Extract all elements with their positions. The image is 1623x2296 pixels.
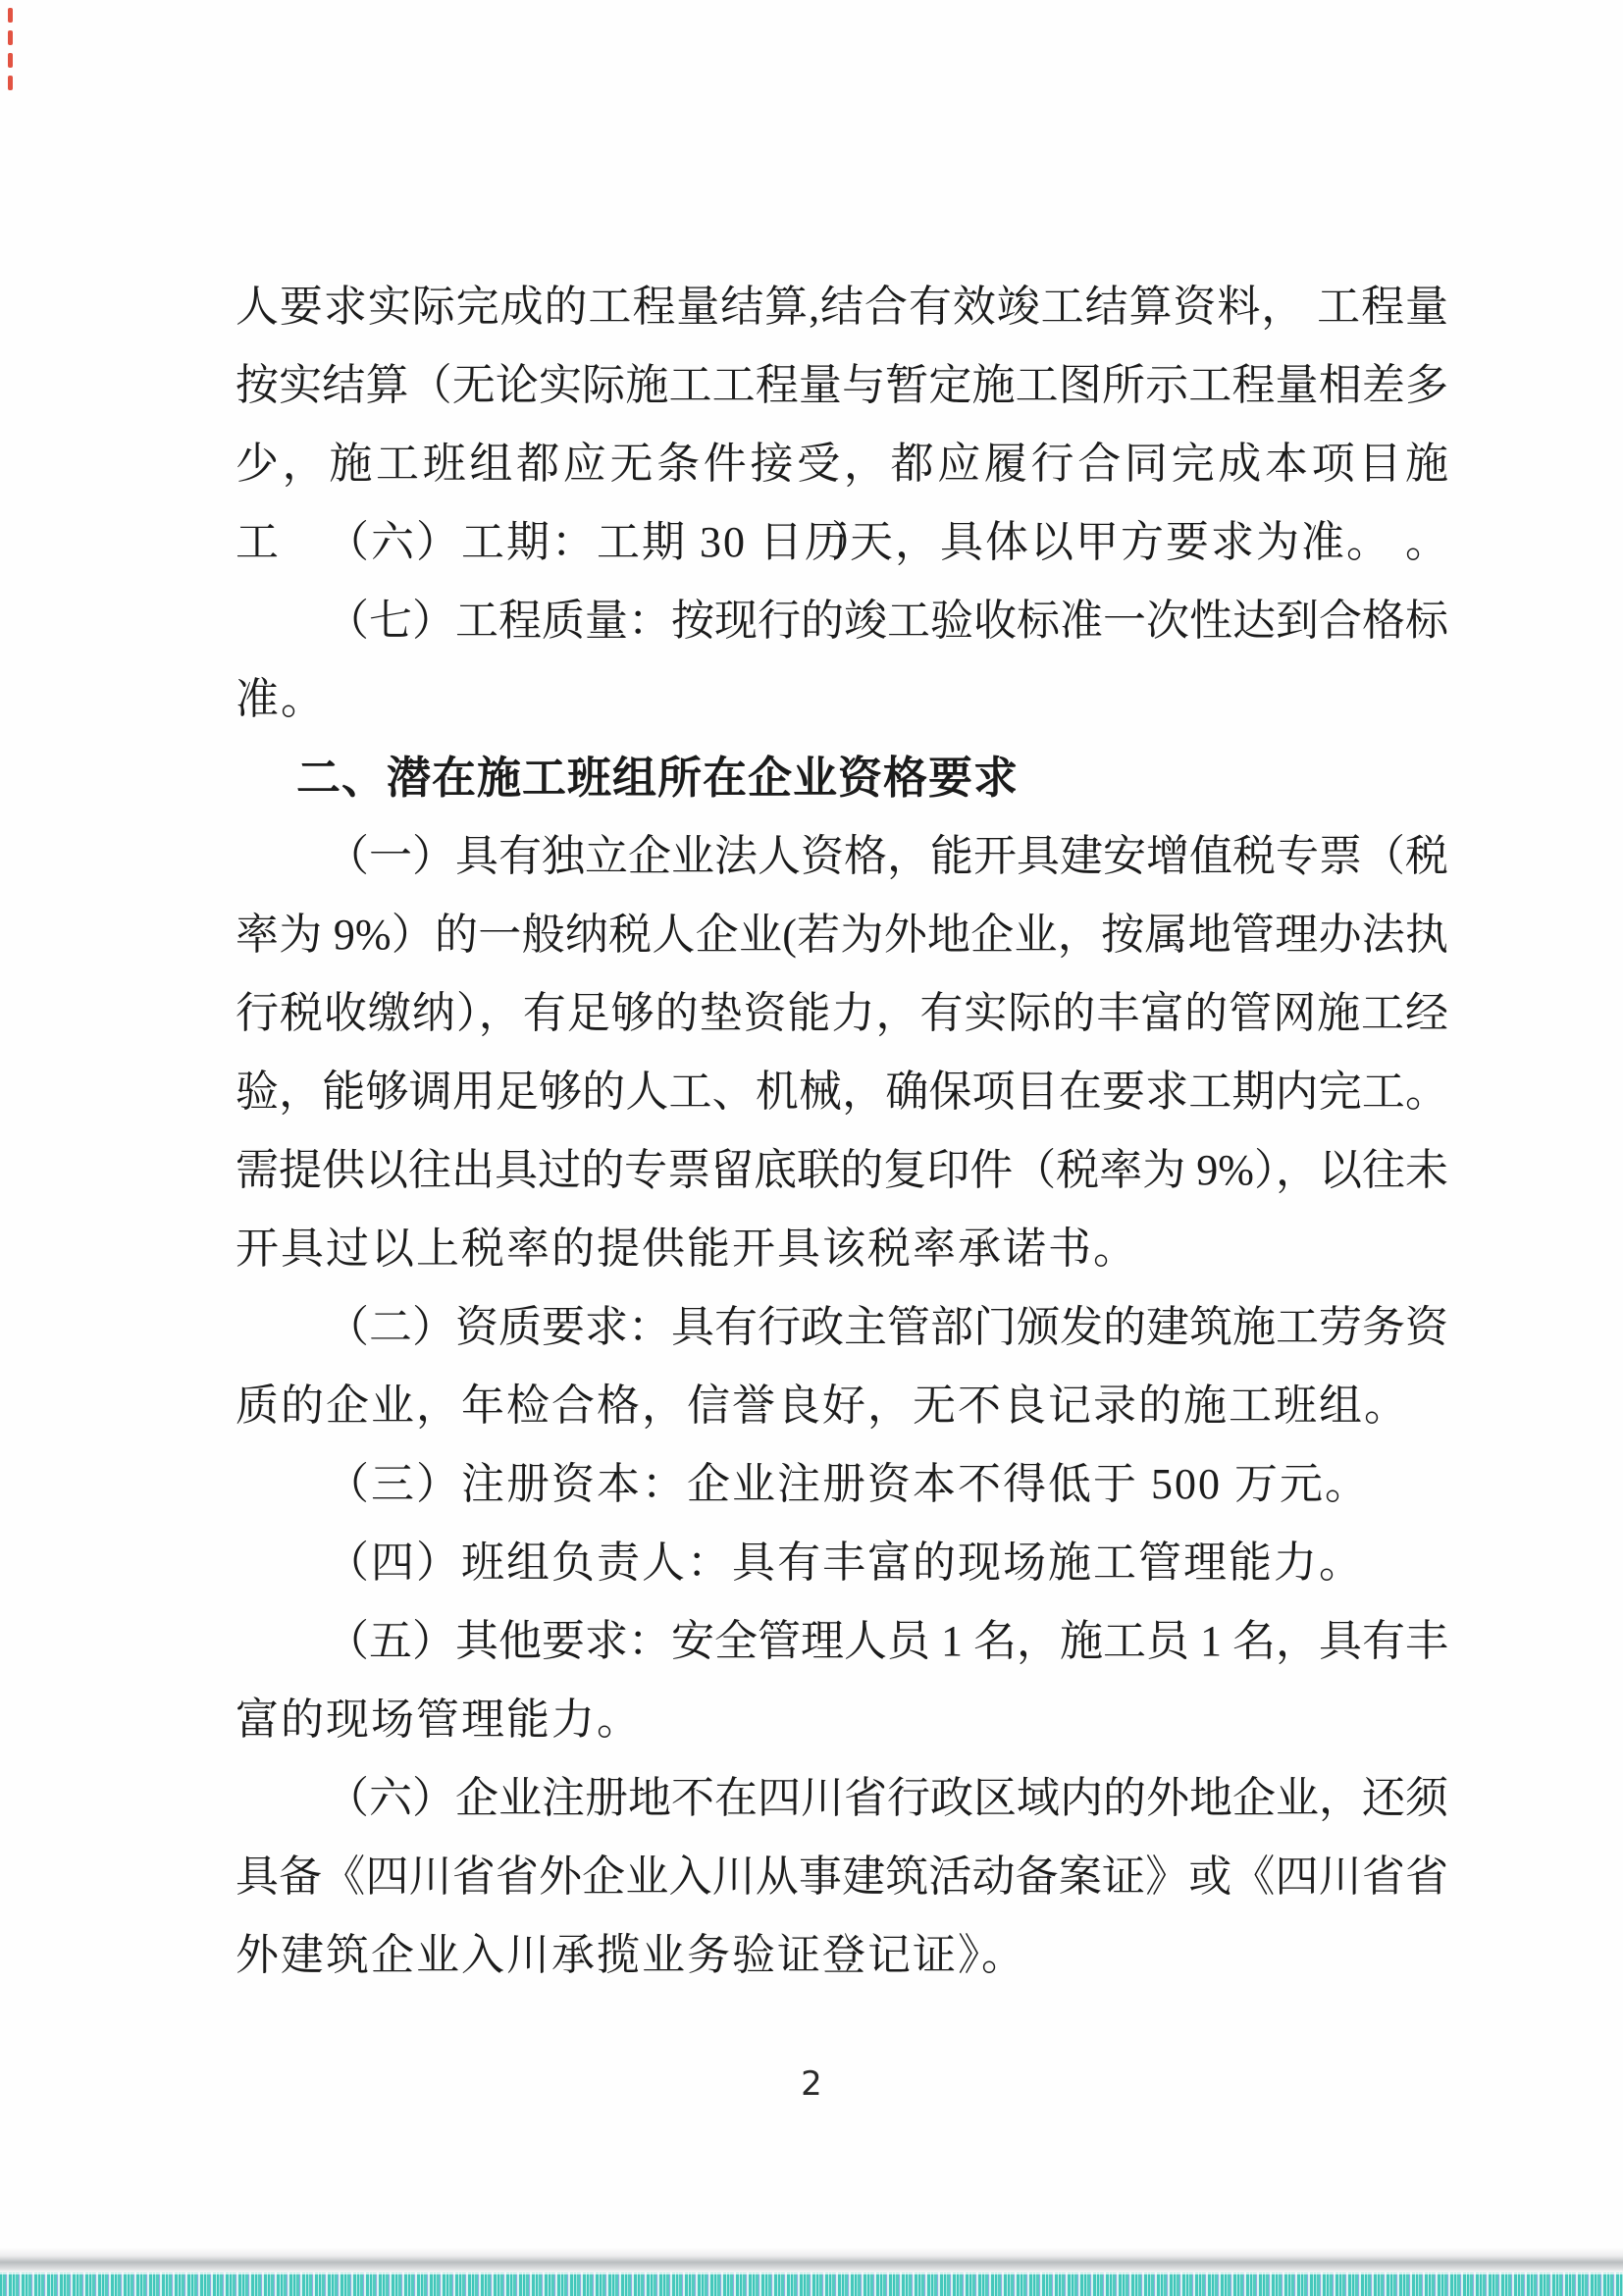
document-page: 人要求实际完成的工程量结算,结合有效竣工结算资料， 工程量 按实结算（无论实际施…	[0, 0, 1623, 2296]
text-line: 验，能够调用足够的人工、机械，确保项目在要求工期内完工。	[236, 1053, 1448, 1131]
text-line: 外建筑企业入川承揽业务验证登记证》。	[236, 1916, 1448, 1995]
text-line: 富的现场管理能力。	[236, 1681, 1448, 1759]
text-line: （六）工期：工期 30 日历天，具体以甲方要求为准。	[236, 503, 1448, 582]
text-line: 具备《四川省省外企业入川从事建筑活动备案证》或《四川省省	[236, 1838, 1448, 1916]
text-line: 需提供以往出具过的专票留底联的复印件（税率为 9%），以往未	[236, 1131, 1448, 1210]
text-line: 质的企业，年检合格，信誉良好，无不良记录的施工班组。	[236, 1367, 1448, 1445]
text-line: 率为 9%）的一般纳税人企业(若为外地企业，按属地管理办法执	[236, 896, 1448, 974]
text-line: （七）工程质量：按现行的竣工验收标准一次性达到合格标	[236, 582, 1448, 660]
red-dash	[8, 8, 13, 23]
text-line: （五）其他要求：安全管理人员 1 名，施工员 1 名，具有丰	[236, 1602, 1448, 1681]
text-line: （二）资质要求：具有行政主管部门颁发的建筑施工劳务资	[236, 1288, 1448, 1367]
text-line: （三）注册资本：企业注册资本不得低于 500 万元。	[236, 1445, 1448, 1524]
red-dash	[8, 53, 13, 68]
page-number: 2	[0, 2064, 1623, 2104]
text-line: 准。	[236, 660, 1448, 739]
red-dash	[8, 30, 13, 45]
section-heading: 二、潜在施工班组所在企业资格要求	[236, 739, 1448, 817]
text-line: 开具过以上税率的提供能开具该税率承诺书。	[236, 1210, 1448, 1288]
text-block: 人要求实际完成的工程量结算,结合有效竣工结算资料， 工程量 按实结算（无论实际施…	[236, 268, 1448, 1995]
text-line: （六）企业注册地不在四川省行政区域内的外地企业，还须	[236, 1759, 1448, 1838]
text-line: （四）班组负责人：具有丰富的现场施工管理能力。	[236, 1524, 1448, 1602]
scan-fabric-fringe	[0, 2272, 1623, 2296]
text-line: 少，施工班组都应无条件接受，都应履行合同完成本项目施工）。	[236, 425, 1448, 503]
text-line: 按实结算（无论实际施工工程量与暂定施工图所示工程量相差多	[236, 346, 1448, 425]
text-line: （一）具有独立企业法人资格，能开具建安增值税专票（税	[236, 817, 1448, 896]
text-line: 人要求实际完成的工程量结算,结合有效竣工结算资料， 工程量	[236, 268, 1448, 346]
scan-artifact-red-marks	[6, 8, 20, 102]
text-line: 行税收缴纳），有足够的垫资能力，有实际的丰富的管网施工经	[236, 974, 1448, 1053]
red-dash	[8, 76, 13, 90]
